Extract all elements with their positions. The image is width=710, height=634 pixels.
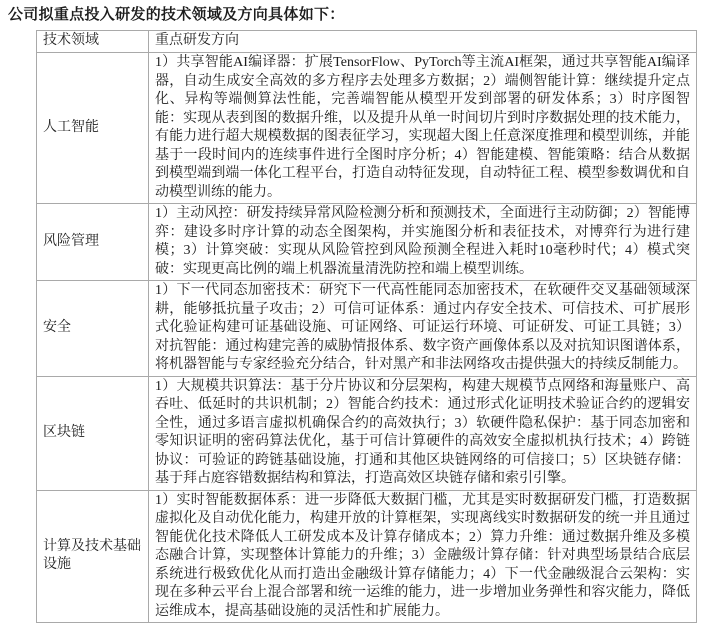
- field-cell-security: 安全: [37, 281, 149, 377]
- table-row: 安全 1）下一代同态加密技术：研究下一代高性能同态加密技术，在软硬件交叉基础领域…: [37, 281, 697, 377]
- field-cell-infrastructure: 计算及技术基础设施: [37, 490, 149, 623]
- direction-cell-security: 1）下一代同态加密技术：研究下一代高性能同态加密技术，在软硬件交叉基础领域深耕，…: [149, 281, 697, 377]
- table-row: 计算及技术基础设施 1）实时智能数据体系：进一步降低大数据门槛，尤其是实时数据研…: [37, 490, 697, 623]
- field-cell-ai: 人工智能: [37, 53, 149, 204]
- intro-text: 公司拟重点投入研发的技术领域及方向具体如下：: [0, 0, 710, 30]
- table-row: 人工智能 1）共享智能AI编译器：扩展TensorFlow、PyTorch等主流…: [37, 53, 697, 204]
- table-row: 区块链 1）大规模共识算法：基于分片协议和分层架构，构建大规模节点网络和海量账户…: [37, 376, 697, 490]
- field-cell-blockchain: 区块链: [37, 376, 149, 490]
- direction-cell-infrastructure: 1）实时智能数据体系：进一步降低大数据门槛，尤其是实时数据研发门槛，打造数据虚拟…: [149, 490, 697, 623]
- header-cell-direction: 重点研发方向: [149, 31, 697, 53]
- rd-table: 技术领域 重点研发方向 人工智能 1）共享智能AI编译器：扩展TensorFlo…: [36, 30, 697, 623]
- header-cell-field: 技术领域: [37, 31, 149, 53]
- table-header-row: 技术领域 重点研发方向: [37, 31, 697, 53]
- direction-cell-ai: 1）共享智能AI编译器：扩展TensorFlow、PyTorch等主流AI框架，…: [149, 53, 697, 204]
- table-row: 风险管理 1）主动风控：研发持续异常风险检测分析和预测技术，全面进行主动防御；2…: [37, 204, 697, 281]
- document-page: 公司拟重点投入研发的技术领域及方向具体如下： 技术领域 重点研发方向 人工智能 …: [0, 0, 710, 634]
- direction-cell-risk: 1）主动风控：研发持续异常风险检测分析和预测技术，全面进行主动防御；2）智能博弈…: [149, 204, 697, 281]
- field-cell-risk: 风险管理: [37, 204, 149, 281]
- direction-cell-blockchain: 1）大规模共识算法：基于分片协议和分层架构，构建大规模节点网络和海量账户、高吞吐…: [149, 376, 697, 490]
